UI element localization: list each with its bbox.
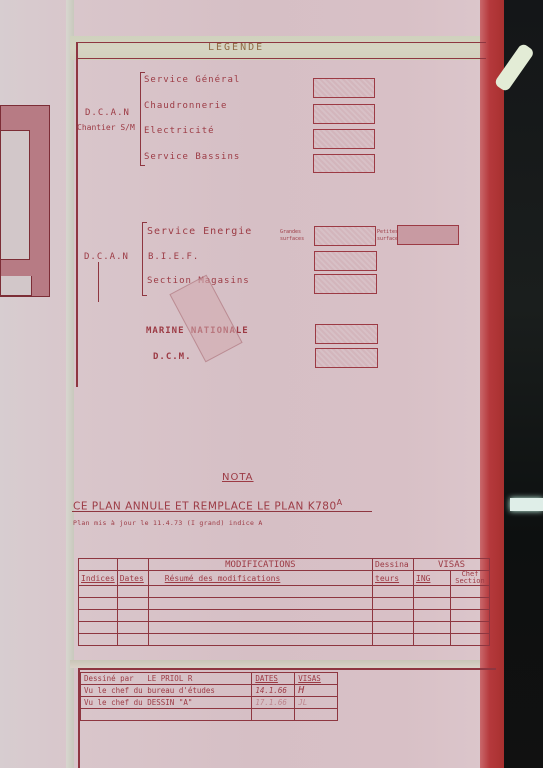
mod-title: MODIFICATIONS <box>148 559 372 571</box>
title-block-frame-top <box>78 668 496 670</box>
mod-cell-blank-2 <box>117 559 148 571</box>
nota-sub: Plan mis à jour le 11.4.73 (I grand) ind… <box>73 519 263 527</box>
nota-underline <box>72 511 372 512</box>
mod-cell-blank-1 <box>79 559 118 571</box>
mod-dessinateurs-2: teurs <box>373 571 414 586</box>
sig-dessine: Dessiné par LE PRIOL R <box>81 673 252 685</box>
mod-dessinateurs-1: Dessina <box>373 559 414 571</box>
mod-row <box>79 586 490 598</box>
sig-dates-header: DATES <box>252 673 295 685</box>
mod-col-dates: Dates <box>117 571 148 586</box>
legend-title: LEGENDE <box>208 42 264 53</box>
sig-visas-header: VISAS <box>295 673 338 685</box>
swatch-marine-nationale <box>315 324 378 344</box>
swatch-service-bassins <box>313 154 375 173</box>
paper-red-edge <box>480 0 504 768</box>
sig-row-chef-dessin: Vu le chef du DESSIN "A" 17.1.66 JL <box>81 697 338 709</box>
legend-item-service-general: Service Général <box>144 75 240 85</box>
sig-row1-label: Vu le chef du bureau d'études <box>81 685 252 697</box>
sig-row-blank <box>81 709 338 721</box>
blueprint-sheet <box>0 0 500 768</box>
group2-org: D.C.A.N <box>84 252 129 262</box>
swatch-section-magasins <box>314 274 377 294</box>
legend-title-band <box>70 36 490 60</box>
sig-header-row: Dessiné par LE PRIOL R DATES VISAS <box>81 673 338 685</box>
swatch-electricite <box>313 129 375 149</box>
title-block-frame-left <box>78 668 80 768</box>
section-label: Section <box>455 577 485 585</box>
nota-title: NOTA <box>222 472 254 483</box>
legend-item-service-energie: Service Energie <box>147 226 252 237</box>
mod-col-resume: Résumé des modifications <box>148 571 372 586</box>
light-reflection <box>510 498 543 511</box>
sig-row1-date: 14.1.66 <box>252 685 295 697</box>
mod-col-ing: ING <box>414 571 451 586</box>
swatch-bief <box>314 251 377 271</box>
swatch-dcm <box>315 348 378 368</box>
sig-row-bureau-etudes: Vu le chef du bureau d'études 14.1.66 H <box>81 685 338 697</box>
dessine-label: Dessiné par <box>84 674 134 683</box>
legend-title-underline <box>76 58 486 59</box>
mod-col-chef-section: ChefSection <box>451 571 490 586</box>
legend-frame-left <box>76 42 78 387</box>
swatch-energie-grandes <box>314 226 376 246</box>
label-grandes-surfaces: Grandes surfaces <box>280 229 312 243</box>
label-petites-surfaces: Petites surfaces <box>377 229 399 243</box>
signature-table: Dessiné par LE PRIOL R DATES VISAS Vu le… <box>80 672 338 721</box>
mod-visas: VISAS <box>414 559 490 571</box>
legend-item-dcm: D.C.M. <box>153 352 192 362</box>
paper-fold-left <box>66 0 74 768</box>
legend-item-service-bassins: Service Bassins <box>144 152 240 162</box>
swatch-service-general <box>313 78 375 98</box>
drawing-opening <box>0 276 32 296</box>
mod-col-indices: Indices <box>79 571 118 586</box>
swatch-chaudronnerie <box>313 104 375 124</box>
paper-fold-bottom <box>70 660 500 668</box>
mod-row <box>79 598 490 610</box>
modifications-table: MODIFICATIONS Dessina VISAS Indices Date… <box>78 558 490 646</box>
group1-sub: Chantier S/M <box>77 123 135 132</box>
mod-row <box>79 610 490 622</box>
dessine-value: LE PRIOL R <box>147 674 192 683</box>
legend-frame-top <box>76 42 486 43</box>
sig-row1-visa: H <box>295 685 338 697</box>
legend-item-bief: B.I.E.F. <box>148 252 199 262</box>
mod-row <box>79 634 490 646</box>
nota-main-index: A <box>337 498 343 507</box>
legend-item-electricite: Electricité <box>144 126 215 136</box>
sig-row2-label: Vu le chef du DESSIN "A" <box>81 697 252 709</box>
sig-row2-visa: JL <box>295 697 338 709</box>
mod-header-row-2: Indices Dates Résumé des modifications t… <box>79 571 490 586</box>
swatch-energie-petites <box>397 225 459 245</box>
group1-org: D.C.A.N <box>85 108 130 118</box>
group2-stem <box>98 262 99 302</box>
drawing-room-interior <box>0 130 30 260</box>
sig-row2-date: 17.1.66 <box>252 697 295 709</box>
legend-item-chaudronnerie: Chaudronnerie <box>144 101 227 111</box>
mod-row <box>79 622 490 634</box>
mod-header-row-1: MODIFICATIONS Dessina VISAS <box>79 559 490 571</box>
